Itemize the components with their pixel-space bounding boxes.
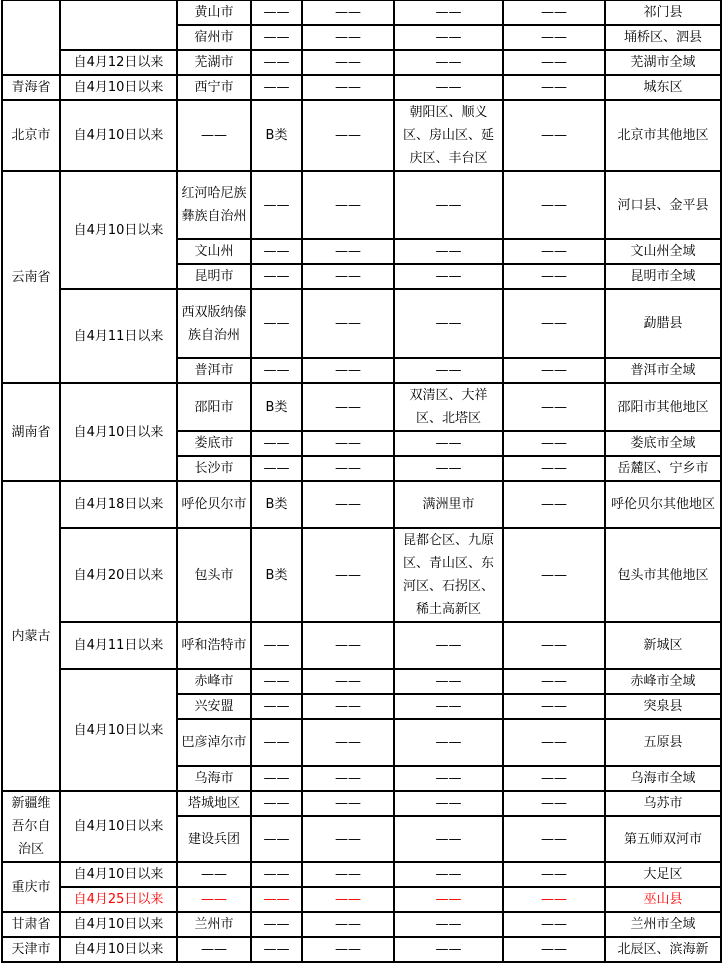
class-cell: —— <box>251 694 302 719</box>
column7-cell: —— <box>503 383 605 431</box>
table-row-highlighted: 自4月25日以来 —— —— —— —— —— 巫山县 <box>2 887 721 912</box>
city-cell: 赤峰市 <box>177 669 251 694</box>
column6-cell: —— <box>394 766 503 791</box>
city-cell: 塔城地区 <box>177 791 251 816</box>
column5-cell: —— <box>302 528 394 622</box>
class-cell: —— <box>251 431 302 456</box>
class-cell: B类 <box>251 100 302 171</box>
column7-cell: —— <box>503 0 605 25</box>
area-cell: 岳麓区、宁乡市 <box>605 456 721 481</box>
column6-cell: —— <box>394 622 503 669</box>
column7-cell: —— <box>503 289 605 358</box>
table-row: 湖南省 自4月10日以来 邵阳市 B类 —— 双清区、大祥区、北塔区 —— 邵阳… <box>2 383 721 431</box>
column7-cell: —— <box>503 719 605 766</box>
city-cell: 呼伦贝尔市 <box>177 481 251 528</box>
area-cell: 芜湖市全域 <box>605 50 721 75</box>
city-cell: —— <box>177 887 251 912</box>
area-cell: 河口县、金平县 <box>605 171 721 239</box>
column5-cell: —— <box>302 816 394 862</box>
since-date-cell: 自4月18日以来 <box>60 481 177 528</box>
area-cell: 埇桥区、泗县 <box>605 25 721 50</box>
column5-cell: —— <box>302 358 394 383</box>
column7-cell: —— <box>503 862 605 887</box>
city-cell: 邵阳市 <box>177 383 251 431</box>
column6-cell: —— <box>394 862 503 887</box>
class-cell: —— <box>251 456 302 481</box>
risk-area-table: 黄山市 —— —— —— —— 祁门县 宿州市 —— —— —— —— 埇桥区、… <box>1 0 722 937</box>
column6-cell: 双清区、大祥区、北塔区 <box>394 383 503 431</box>
class-cell: —— <box>251 791 302 816</box>
column6-cell: —— <box>394 456 503 481</box>
column5-cell: —— <box>302 289 394 358</box>
column7-cell: —— <box>503 239 605 264</box>
city-cell: 兰州市 <box>177 912 251 937</box>
column7-cell: —— <box>503 694 605 719</box>
column5-cell: —— <box>302 0 394 25</box>
class-cell: —— <box>251 862 302 887</box>
column7-cell: —— <box>503 100 605 171</box>
column6-cell: —— <box>394 791 503 816</box>
column7-cell: —— <box>503 75 605 100</box>
class-cell: —— <box>251 622 302 669</box>
province-cell: 内蒙古 <box>2 481 60 791</box>
column6-cell: 昆都仑区、九原区、青山区、东河区、石拐区、稀土高新区 <box>394 528 503 622</box>
area-cell: 文山州全域 <box>605 239 721 264</box>
column7-cell: —— <box>503 816 605 862</box>
province-cell: 北京市 <box>2 100 60 171</box>
table-row: 重庆市 自4月10日以来 —— —— —— —— —— 大足区 <box>2 862 721 887</box>
column5-cell: —— <box>302 264 394 289</box>
table-row: 青海省 自4月10日以来 西宁市 —— —— —— —— 城东区 <box>2 75 721 100</box>
column6-cell: —— <box>394 75 503 100</box>
since-date-cell: 自4月11日以来 <box>60 289 177 383</box>
column6-cell: —— <box>394 669 503 694</box>
class-cell: —— <box>251 669 302 694</box>
area-cell: 包头市其他地区 <box>605 528 721 622</box>
column5-cell: —— <box>302 622 394 669</box>
area-cell: 乌海市全域 <box>605 766 721 791</box>
column7-cell: —— <box>503 622 605 669</box>
province-cell <box>2 0 60 75</box>
column7-cell: —— <box>503 50 605 75</box>
area-cell: 祁门县 <box>605 0 721 25</box>
class-cell: —— <box>251 912 302 937</box>
province-cell: 湖南省 <box>2 383 60 481</box>
area-cell: 兰州市全域 <box>605 912 721 937</box>
class-cell: —— <box>251 887 302 912</box>
column5-cell: —— <box>302 887 394 912</box>
class-cell: —— <box>251 50 302 75</box>
since-date-cell: 自4月20日以来 <box>60 528 177 622</box>
column6-cell: —— <box>394 289 503 358</box>
area-cell: 城东区 <box>605 75 721 100</box>
class-cell: —— <box>251 289 302 358</box>
class-cell: —— <box>251 75 302 100</box>
column6-cell: —— <box>394 431 503 456</box>
column5-cell: —— <box>302 791 394 816</box>
area-cell: 北京市其他地区 <box>605 100 721 171</box>
table-row: 云南省 自4月10日以来 红河哈尼族彝族自治州 —— —— —— —— 河口县、… <box>2 171 721 239</box>
since-date-cell: 自4月25日以来 <box>60 887 177 912</box>
column5-cell: —— <box>302 719 394 766</box>
table-row: 新疆维吾尔自治区 自4月10日以来 塔城地区 —— —— —— —— 乌苏市 <box>2 791 721 816</box>
class-cell: —— <box>251 358 302 383</box>
column7-cell: —— <box>503 528 605 622</box>
table-row: 北京市 自4月10日以来 —— B类 —— 朝阳区、顺义区、房山区、延庆区、丰台… <box>2 100 721 171</box>
column7-cell: —— <box>503 456 605 481</box>
city-cell: 西双版纳傣族自治州 <box>177 289 251 358</box>
column5-cell: —— <box>302 25 394 50</box>
area-cell: 大足区 <box>605 862 721 887</box>
table-row: 自4月11日以来 西双版纳傣族自治州 —— —— —— —— 勐腊县 <box>2 289 721 358</box>
column5-cell: —— <box>302 171 394 239</box>
city-cell: 兴安盟 <box>177 694 251 719</box>
province-cell: 新疆维吾尔自治区 <box>2 791 60 862</box>
since-date-cell: 自4月12日以来 <box>60 50 177 75</box>
since-date-cell: 自4月10日以来 <box>60 100 177 171</box>
column6-cell: —— <box>394 264 503 289</box>
column5-cell: —— <box>302 456 394 481</box>
city-cell: 长沙市 <box>177 456 251 481</box>
column5-cell: —— <box>302 862 394 887</box>
area-cell: 普洱市全域 <box>605 358 721 383</box>
area-cell: 勐腊县 <box>605 289 721 358</box>
class-cell: —— <box>251 264 302 289</box>
column6-cell: 满洲里市 <box>394 481 503 528</box>
column6-cell: —— <box>394 719 503 766</box>
column5-cell: —— <box>302 239 394 264</box>
column6-cell: —— <box>394 171 503 239</box>
column5-cell: —— <box>302 694 394 719</box>
table-row: 内蒙古 自4月18日以来 呼伦贝尔市 B类 —— 满洲里市 —— 呼伦贝尔其他地… <box>2 481 721 528</box>
area-cell: 新城区 <box>605 622 721 669</box>
city-cell: 红河哈尼族彝族自治州 <box>177 171 251 239</box>
column6-cell: —— <box>394 358 503 383</box>
city-cell: 昆明市 <box>177 264 251 289</box>
area-cell: 突泉县 <box>605 694 721 719</box>
column7-cell: —— <box>503 669 605 694</box>
class-cell: —— <box>251 171 302 239</box>
class-cell: B类 <box>251 383 302 431</box>
table-row: 自4月12日以来 芜湖市 —— —— —— —— 芜湖市全域 <box>2 50 721 75</box>
table-row: 黄山市 —— —— —— —— 祁门县 <box>2 0 721 25</box>
since-date-cell: 自4月10日以来 <box>60 912 177 937</box>
area-cell: 昆明市全域 <box>605 264 721 289</box>
class-cell: B类 <box>251 528 302 622</box>
column5-cell: —— <box>302 766 394 791</box>
city-cell: 巴彦淖尔市 <box>177 719 251 766</box>
column5-cell: —— <box>302 383 394 431</box>
column5-cell: —— <box>302 75 394 100</box>
class-cell: B类 <box>251 481 302 528</box>
city-cell: 西宁市 <box>177 75 251 100</box>
column6-cell: —— <box>394 0 503 25</box>
column7-cell: —— <box>503 481 605 528</box>
area-cell: 赤峰市全域 <box>605 669 721 694</box>
since-date-cell: 自4月11日以来 <box>60 622 177 669</box>
city-cell: 呼和浩特市 <box>177 622 251 669</box>
column7-cell: —— <box>503 264 605 289</box>
city-cell: 乌海市 <box>177 766 251 791</box>
class-cell: —— <box>251 719 302 766</box>
column6-cell: 朝阳区、顺义区、房山区、延庆区、丰台区 <box>394 100 503 171</box>
area-cell: 第五师双河市 <box>605 816 721 862</box>
city-cell: —— <box>177 100 251 171</box>
column7-cell: —— <box>503 358 605 383</box>
area-cell: 呼伦贝尔其他地区 <box>605 481 721 528</box>
area-cell: 巫山县 <box>605 887 721 912</box>
city-cell: 芜湖市 <box>177 50 251 75</box>
column5-cell: —— <box>302 669 394 694</box>
since-date-cell: 自4月10日以来 <box>60 862 177 887</box>
class-cell: —— <box>251 25 302 50</box>
area-cell: 娄底市全域 <box>605 431 721 456</box>
column7-cell: —— <box>503 431 605 456</box>
class-cell: —— <box>251 766 302 791</box>
city-cell: 黄山市 <box>177 0 251 25</box>
province-cell: 云南省 <box>2 171 60 383</box>
since-date-cell: 自4月10日以来 <box>60 171 177 289</box>
column7-cell: —— <box>503 912 605 937</box>
table-row: 甘肃省 自4月10日以来 兰州市 —— —— —— —— 兰州市全域 <box>2 912 721 937</box>
column6-cell: —— <box>394 912 503 937</box>
since-date-cell: 自4月10日以来 <box>60 669 177 791</box>
city-cell: 文山州 <box>177 239 251 264</box>
column6-cell: —— <box>394 887 503 912</box>
city-cell: 宿州市 <box>177 25 251 50</box>
column5-cell: —— <box>302 431 394 456</box>
table-row: 自4月20日以来 包头市 B类 —— 昆都仑区、九原区、青山区、东河区、石拐区、… <box>2 528 721 622</box>
column7-cell: —— <box>503 171 605 239</box>
table-row: 自4月11日以来 呼和浩特市 —— —— —— —— 新城区 <box>2 622 721 669</box>
column7-cell: —— <box>503 25 605 50</box>
area-cell: 五原县 <box>605 719 721 766</box>
area-cell: 邵阳市其他地区 <box>605 383 721 431</box>
class-cell: —— <box>251 0 302 25</box>
city-cell: 建设兵团 <box>177 816 251 862</box>
column6-cell: —— <box>394 25 503 50</box>
table-row: 自4月10日以来 赤峰市 —— —— —— —— 赤峰市全域 <box>2 669 721 694</box>
column7-cell: —— <box>503 887 605 912</box>
column6-cell: —— <box>394 50 503 75</box>
city-cell: 普洱市 <box>177 358 251 383</box>
column7-cell: —— <box>503 791 605 816</box>
column5-cell: —— <box>302 50 394 75</box>
area-cell: 乌苏市 <box>605 791 721 816</box>
column6-cell: —— <box>394 816 503 862</box>
column5-cell: —— <box>302 100 394 171</box>
column6-cell: —— <box>394 239 503 264</box>
column5-cell: —— <box>302 912 394 937</box>
province-cell: 青海省 <box>2 75 60 100</box>
column6-cell: —— <box>394 694 503 719</box>
city-cell: 娄底市 <box>177 431 251 456</box>
since-date-cell: 自4月10日以来 <box>60 75 177 100</box>
class-cell: —— <box>251 816 302 862</box>
class-cell: —— <box>251 239 302 264</box>
since-date-cell: 自4月10日以来 <box>60 791 177 862</box>
since-date-cell: 自4月10日以来 <box>60 383 177 481</box>
city-cell: 包头市 <box>177 528 251 622</box>
province-cell: 重庆市 <box>2 862 60 912</box>
province-cell: 甘肃省 <box>2 912 60 937</box>
column5-cell: —— <box>302 481 394 528</box>
column7-cell: —— <box>503 766 605 791</box>
since-date-cell <box>60 0 177 50</box>
city-cell: —— <box>177 862 251 887</box>
